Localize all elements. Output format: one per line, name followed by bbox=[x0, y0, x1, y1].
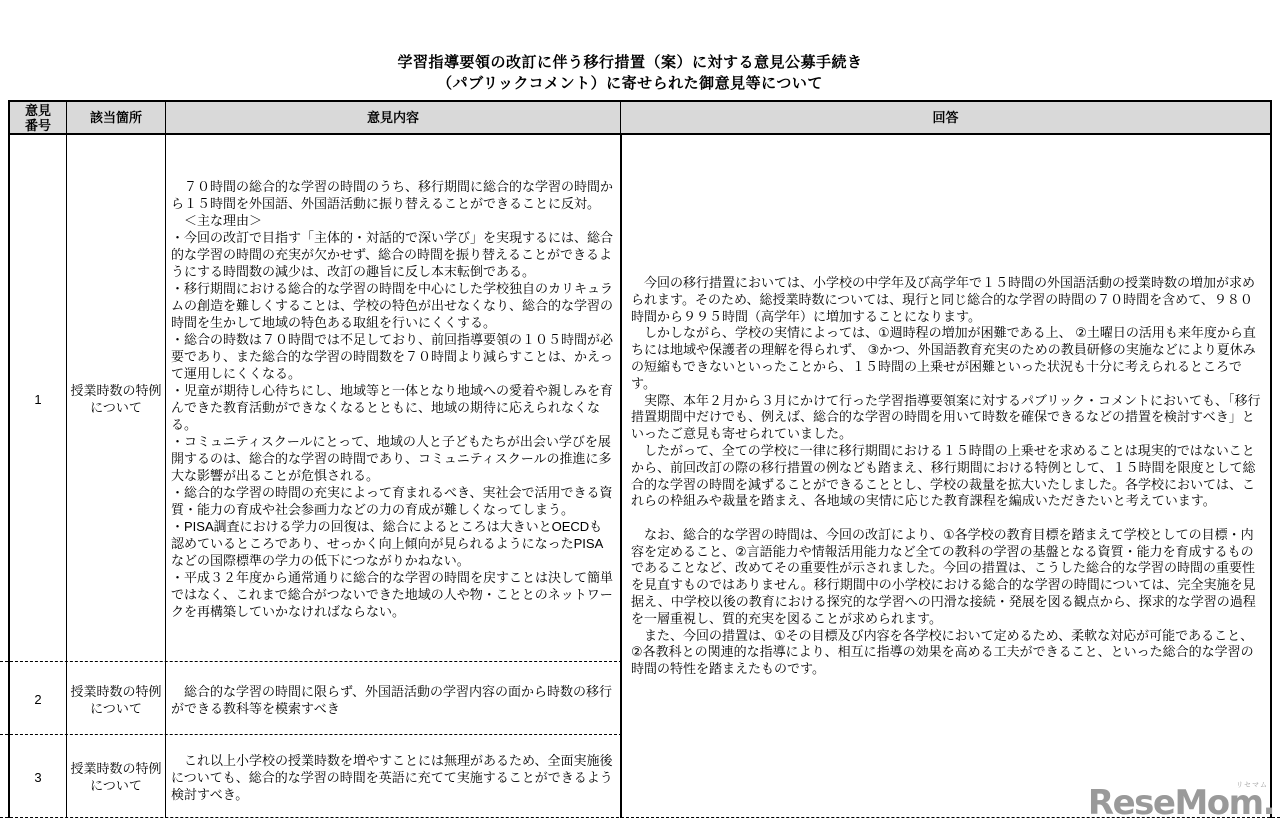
page-title-line1: 学習指導要領の改訂に伴う移行措置（案）に対する意見公募手続き bbox=[0, 52, 1260, 73]
opinion-content-text: 総合的な学習の時間に限らず、外国語活動の学習内容の面から時数の移行ができる教科等… bbox=[171, 683, 615, 717]
public-comments-table: 意見 番号 該当箇所 意見内容 回答 1 授業時数の特例について ７０時間の総合… bbox=[8, 100, 1272, 818]
resemom-logo-text: ReseMom. bbox=[1088, 783, 1274, 823]
table-row: 1 授業時数の特例について ７０時間の総合的な学習の時間のうち、移行期間に総合的… bbox=[10, 135, 621, 663]
opinion-content-text: これ以上小学校の授業時数を増やすことには無理があるため、全面実施後についても、総… bbox=[171, 752, 615, 803]
table-header-row: 意見 番号 該当箇所 意見内容 回答 bbox=[10, 102, 1270, 135]
opinion-content-cell: ７０時間の総合的な学習の時間のうち、移行期間に総合的な学習の時間から１５時間を外… bbox=[166, 135, 621, 663]
answer-text: 今回の移行措置においては、小学校の中学年及び高学年で１５時間の外国語活動の授業時… bbox=[631, 275, 1261, 678]
document-page: 学習指導要領の改訂に伴う移行措置（案）に対する意見公募手続き （パブリックコメン… bbox=[0, 0, 1280, 823]
table-body: 1 授業時数の特例について ７０時間の総合的な学習の時間のうち、移行期間に総合的… bbox=[10, 135, 1270, 818]
answer-cell: 今回の移行措置においては、小学校の中学年及び高学年で１５時間の外国語活動の授業時… bbox=[621, 135, 1270, 818]
opinion-number-cell: 2 bbox=[10, 663, 67, 736]
header-opinion-number: 意見 番号 bbox=[10, 102, 67, 133]
page-title: 学習指導要領の改訂に伴う移行措置（案）に対する意見公募手続き （パブリックコメン… bbox=[0, 52, 1260, 94]
relevant-section-cell: 授業時数の特例について bbox=[67, 736, 166, 818]
opinion-content-cell: これ以上小学校の授業時数を増やすことには無理があるため、全面実施後についても、総… bbox=[166, 736, 621, 818]
relevant-section-cell: 授業時数の特例について bbox=[67, 663, 166, 736]
page-title-line2: （パブリックコメント）に寄せられた御意見等について bbox=[0, 73, 1260, 94]
resemom-logo: リセマム ReseMom. bbox=[1088, 786, 1274, 820]
opinion-number-cell: 3 bbox=[10, 736, 67, 818]
table-row: 2 授業時数の特例について 総合的な学習の時間に限らず、外国語活動の学習内容の面… bbox=[10, 663, 621, 736]
opinion-number-cell: 1 bbox=[10, 135, 67, 663]
header-relevant-section: 該当箇所 bbox=[67, 102, 166, 133]
resemom-logo-ruby: リセマム bbox=[1236, 782, 1268, 789]
opinion-columns: 1 授業時数の特例について ７０時間の総合的な学習の時間のうち、移行期間に総合的… bbox=[10, 135, 621, 818]
relevant-section-cell: 授業時数の特例について bbox=[67, 135, 166, 663]
opinion-content-cell: 総合的な学習の時間に限らず、外国語活動の学習内容の面から時数の移行ができる教科等… bbox=[166, 663, 621, 736]
row-divider-dashed bbox=[0, 661, 622, 662]
opinion-content-text: ７０時間の総合的な学習の時間のうち、移行期間に総合的な学習の時間から１５時間を外… bbox=[171, 178, 615, 620]
row-divider-dashed bbox=[0, 734, 622, 735]
table-row: 3 授業時数の特例について これ以上小学校の授業時数を増やすことには無理があるた… bbox=[10, 736, 621, 818]
header-opinion-content: 意見内容 bbox=[166, 102, 621, 133]
header-answer: 回答 bbox=[621, 102, 1270, 133]
